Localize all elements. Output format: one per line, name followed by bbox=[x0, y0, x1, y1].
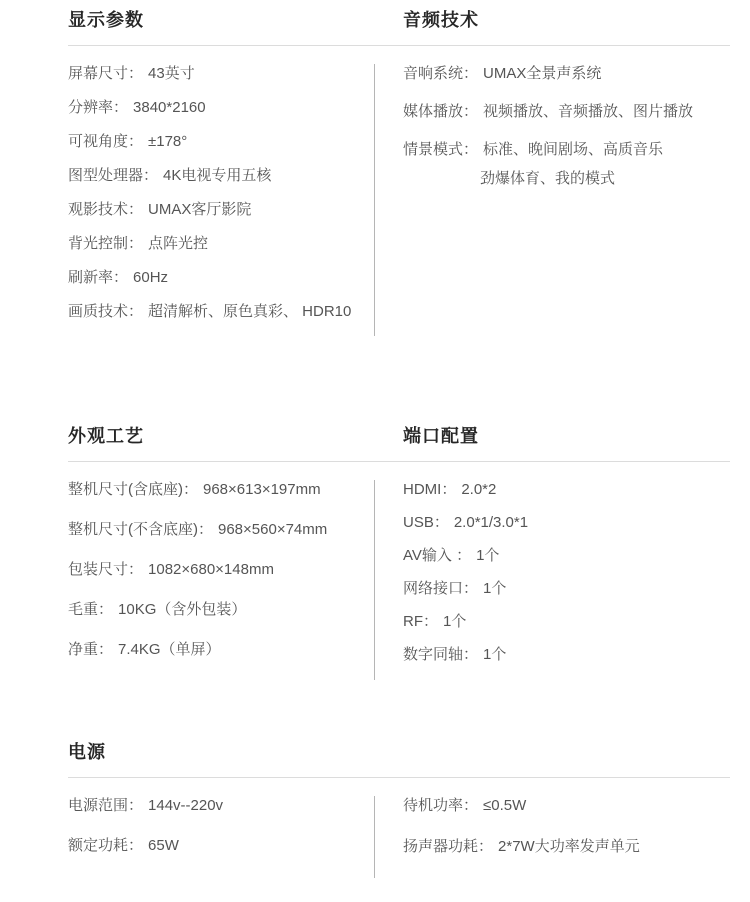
spec-value: 1个 bbox=[443, 613, 466, 630]
spec-label: 图型处理器： bbox=[68, 167, 158, 184]
section-headings: 电源 bbox=[68, 740, 730, 765]
spec-label: 净重： bbox=[68, 641, 113, 658]
spec-row: 图型处理器：4K电视专用五核 bbox=[68, 166, 364, 186]
section-headings: 显示参数 音频技术 bbox=[68, 8, 730, 33]
section-title-display: 显示参数 bbox=[68, 8, 403, 33]
spec-row: USB：2.0*1/3.0*1 bbox=[403, 513, 730, 533]
column-power-left: 电源范围：144v--220v 额定功耗：65W bbox=[68, 796, 375, 878]
spec-label: 网络接口： bbox=[403, 580, 478, 597]
spec-row: RF：1个 bbox=[403, 612, 730, 632]
spec-row: 毛重：10KG（含外包装） bbox=[68, 600, 364, 620]
spec-value: 视频播放、音频播放、图片播放 bbox=[483, 103, 693, 120]
spec-row: 额定功耗：65W bbox=[68, 836, 364, 856]
spec-value: 7.4KG（单屏） bbox=[118, 641, 221, 658]
spec-row: 媒体播放：视频播放、音频播放、图片播放 bbox=[403, 102, 730, 122]
section-headings: 外观工艺 端口配置 bbox=[68, 424, 730, 449]
spec-row: 数字同轴：1个 bbox=[403, 645, 730, 665]
spec-label: 包装尺寸： bbox=[68, 561, 143, 578]
spec-value: 2.0*2 bbox=[461, 481, 496, 498]
spec-row: 画质技术：超清解析、原色真彩、 HDR10 bbox=[68, 302, 364, 322]
spec-value: UMAX客厅影院 bbox=[148, 201, 251, 218]
spec-value: 3840*2160 bbox=[133, 99, 206, 116]
spec-value: 144v--220v bbox=[148, 797, 223, 814]
spec-row: 扬声器功耗：2*7W大功率发声单元 bbox=[403, 837, 730, 857]
spec-row: HDMI：2.0*2 bbox=[403, 480, 730, 500]
spec-label: 毛重： bbox=[68, 601, 113, 618]
section-title-power: 电源 bbox=[68, 740, 403, 765]
spec-value: 标准、晚间剧场、高质音乐 bbox=[483, 141, 663, 158]
spec-row: 包装尺寸：1082×680×148mm bbox=[68, 560, 364, 580]
spec-row: 背光控制：点阵光控 bbox=[68, 234, 364, 254]
spec-label: 音响系统： bbox=[403, 65, 478, 82]
spec-label: 扬声器功耗： bbox=[403, 838, 493, 855]
spec-label: 额定功耗： bbox=[68, 837, 143, 854]
spec-value: ≤0.5W bbox=[483, 797, 526, 814]
spec-label: 媒体播放： bbox=[403, 103, 478, 120]
spec-label: 待机功率： bbox=[403, 797, 478, 814]
spec-value: 1个 bbox=[483, 580, 506, 597]
spec-value: 968×613×197mm bbox=[203, 481, 321, 498]
spec-value: 60Hz bbox=[133, 269, 168, 286]
spec-value: 1个 bbox=[483, 646, 506, 663]
spec-row: 刷新率：60Hz bbox=[68, 268, 364, 288]
spec-row: 音响系统：UMAX全景声系统 bbox=[403, 64, 730, 84]
spec-row: 屏幕尺寸：43英寸 bbox=[68, 64, 364, 84]
column-power-right: 待机功率：≤0.5W 扬声器功耗：2*7W大功率发声单元 bbox=[375, 796, 730, 878]
spec-label: 分辨率： bbox=[68, 99, 128, 116]
spec-label: 屏幕尺寸： bbox=[68, 65, 143, 82]
spec-row: 观影技术：UMAX客厅影院 bbox=[68, 200, 364, 220]
spec-label: 整机尺寸(含底座)： bbox=[68, 481, 198, 498]
section-title-appearance: 外观工艺 bbox=[68, 424, 403, 449]
spec-value-line2: 劲爆体育、我的模式 bbox=[403, 169, 730, 189]
column-ports: HDMI：2.0*2 USB：2.0*1/3.0*1 AV输入 ：1个 网络接口… bbox=[375, 480, 730, 680]
spec-row: 分辨率：3840*2160 bbox=[68, 98, 364, 118]
spec-label: 电源范围： bbox=[68, 797, 143, 814]
spec-value: 43英寸 bbox=[148, 65, 195, 82]
spec-row: 网络接口：1个 bbox=[403, 579, 730, 599]
spec-label: RF： bbox=[403, 613, 438, 630]
spec-row: 净重：7.4KG（单屏） bbox=[68, 640, 364, 660]
section-columns: 电源范围：144v--220v 额定功耗：65W 待机功率：≤0.5W 扬声器功… bbox=[68, 778, 730, 878]
spec-row: 可视角度：±178° bbox=[68, 132, 364, 152]
spec-row: 整机尺寸(含底座)：968×613×197mm bbox=[68, 480, 364, 500]
spec-value: 2*7W大功率发声单元 bbox=[498, 838, 640, 855]
spec-value: 点阵光控 bbox=[148, 235, 208, 252]
section-columns: 整机尺寸(含底座)：968×613×197mm 整机尺寸(不含底座)：968×5… bbox=[68, 462, 730, 680]
section-power: 电源 电源范围：144v--220v 额定功耗：65W 待机功率：≤0.5W 扬… bbox=[68, 740, 730, 878]
spec-label: 可视角度： bbox=[68, 133, 143, 150]
section-display-audio: 显示参数 音频技术 屏幕尺寸：43英寸 分辨率：3840*2160 可视角度：±… bbox=[68, 8, 730, 336]
spec-value: 1082×680×148mm bbox=[148, 561, 274, 578]
column-audio-tech: 音响系统：UMAX全景声系统 媒体播放：视频播放、音频播放、图片播放 情景模式：… bbox=[375, 64, 730, 336]
spec-label: 观影技术： bbox=[68, 201, 143, 218]
spec-label: 刷新率： bbox=[68, 269, 128, 286]
spec-value: 10KG（含外包装） bbox=[118, 601, 246, 618]
spec-value: 1个 bbox=[476, 547, 499, 564]
spec-row: 电源范围：144v--220v bbox=[68, 796, 364, 816]
spec-value: 968×560×74mm bbox=[218, 521, 327, 538]
spec-value: 65W bbox=[148, 837, 179, 854]
spec-label: USB： bbox=[403, 514, 449, 531]
spec-value: 4K电视专用五核 bbox=[163, 167, 271, 184]
section-title-ports: 端口配置 bbox=[403, 424, 730, 449]
spec-label: 数字同轴： bbox=[403, 646, 478, 663]
spec-value: 2.0*1/3.0*1 bbox=[454, 514, 528, 531]
column-appearance: 整机尺寸(含底座)：968×613×197mm 整机尺寸(不含底座)：968×5… bbox=[68, 480, 375, 680]
spec-row: AV输入 ：1个 bbox=[403, 546, 730, 566]
spec-value: ±178° bbox=[148, 133, 187, 150]
column-display-params: 屏幕尺寸：43英寸 分辨率：3840*2160 可视角度：±178° 图型处理器… bbox=[68, 64, 375, 336]
spec-label: HDMI： bbox=[403, 481, 456, 498]
spec-row: 情景模式：标准、晚间剧场、高质音乐 劲爆体育、我的模式 bbox=[403, 140, 730, 189]
spec-value: 超清解析、原色真彩、 HDR10 bbox=[148, 303, 351, 320]
spec-label: 背光控制： bbox=[68, 235, 143, 252]
spec-sheet: 显示参数 音频技术 屏幕尺寸：43英寸 分辨率：3840*2160 可视角度：±… bbox=[0, 0, 750, 878]
spec-label: 整机尺寸(不含底座)： bbox=[68, 521, 213, 538]
section-columns: 屏幕尺寸：43英寸 分辨率：3840*2160 可视角度：±178° 图型处理器… bbox=[68, 46, 730, 336]
section-title-audio: 音频技术 bbox=[403, 8, 730, 33]
spec-label: 情景模式： bbox=[403, 141, 478, 158]
spec-label: AV输入 ： bbox=[403, 547, 471, 564]
section-appearance-ports: 外观工艺 端口配置 整机尺寸(含底座)：968×613×197mm 整机尺寸(不… bbox=[68, 424, 730, 680]
spec-row: 整机尺寸(不含底座)：968×560×74mm bbox=[68, 520, 364, 540]
spec-row: 待机功率：≤0.5W bbox=[403, 796, 730, 816]
spec-value: UMAX全景声系统 bbox=[483, 65, 601, 82]
spec-label: 画质技术： bbox=[68, 303, 143, 320]
